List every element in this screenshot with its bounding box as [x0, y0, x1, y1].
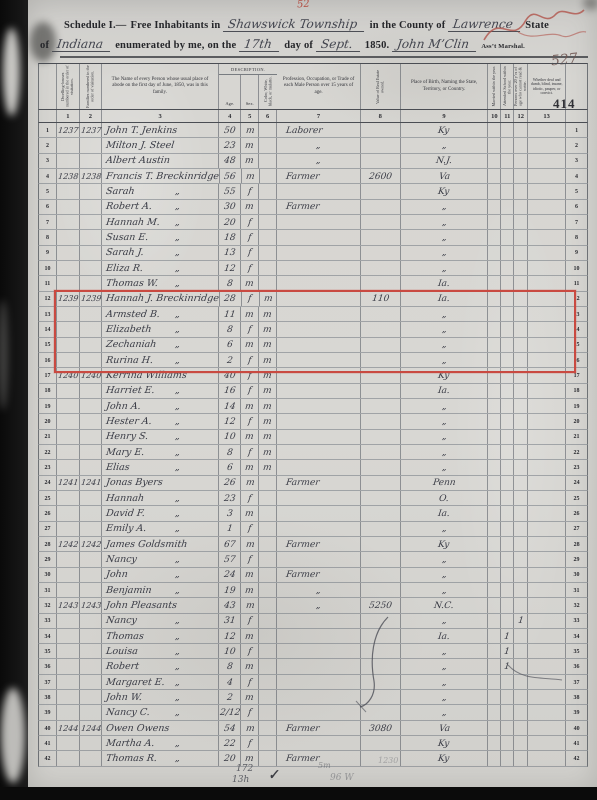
cell-dwelling: 1241 [57, 476, 80, 490]
cell-school-mark [501, 568, 514, 582]
cell-profession [277, 445, 361, 459]
cell-sex: m [241, 200, 259, 214]
cell-illiterate-mark [514, 368, 528, 382]
cell-remarks [528, 751, 566, 765]
cell-birthplace: Ky [401, 368, 489, 382]
cell-family [80, 705, 102, 719]
cell-color: m [259, 368, 277, 382]
line-number-left: 7 [39, 215, 57, 229]
cell-remarks [528, 322, 566, 336]
cell-age: 19 [219, 583, 241, 597]
cell-family [80, 659, 102, 673]
cell-married-mark [488, 644, 501, 658]
cell-married-mark [488, 491, 501, 505]
cell-sex: m [241, 568, 259, 582]
cell-sex: f [241, 184, 259, 198]
cell-name: Thomas R.„ [102, 751, 220, 765]
cell-sex: m [241, 476, 259, 490]
cell-family [80, 644, 102, 658]
cell-school-mark [501, 705, 514, 719]
cell-profession [277, 322, 361, 336]
cell-sex: f [241, 384, 259, 398]
table-row: 35Louisa„10f„135 [38, 644, 588, 659]
cell-name: Hannah J. Breckinridge [102, 292, 220, 306]
cell-name: Sarah„ [102, 184, 220, 198]
cell-birthplace: „ [401, 690, 489, 704]
cell-married-mark [488, 690, 501, 704]
cell-remarks [528, 307, 566, 321]
cell-family [80, 445, 102, 459]
cell-remarks [528, 169, 566, 183]
line-number-left: 25 [39, 491, 57, 505]
cell-sex: f [241, 353, 259, 367]
line-number-left: 41 [39, 736, 57, 750]
col-header-school: Attended School within the year. [501, 64, 514, 109]
table-row: 1212391239Hannah J. Breckinridge28fm110I… [38, 292, 588, 307]
cell-birthplace: „ [401, 230, 489, 244]
line-number-right: 34 [566, 629, 587, 643]
cell-name: Susan E.„ [102, 230, 220, 244]
line-number-right: 12 [566, 292, 587, 306]
line-number-left: 29 [39, 552, 57, 566]
cell-profession [277, 614, 361, 628]
cell-illiterate-mark [514, 690, 528, 704]
cell-sex: m [241, 338, 259, 352]
cell-illiterate-mark [514, 445, 528, 459]
cell-dwelling [57, 491, 80, 505]
col-header-name: The Name of every Person whose usual pla… [102, 64, 220, 109]
cell-family: 1242 [80, 537, 102, 551]
cell-value [361, 736, 401, 750]
table-body: 112371237John T. Jenkins50mLaborerKy12Mi… [38, 123, 588, 767]
line-number-left: 33 [39, 614, 57, 628]
line-number-header-right [566, 64, 587, 109]
col-header-birthplace: Place of Birth, Naming the State, Territ… [401, 64, 489, 109]
cell-remarks [528, 215, 566, 229]
column-number: 10 [488, 110, 501, 122]
table-row: 2412411241Jonas Byers26mFarmerPenn24 [38, 476, 588, 491]
line-number-left: 36 [39, 659, 57, 673]
cell-illiterate-mark [514, 307, 528, 321]
cell-profession [277, 261, 361, 275]
cell-remarks [528, 537, 566, 551]
line-number-right: 24 [566, 476, 587, 490]
cell-family [80, 322, 102, 336]
cell-sex: m [242, 169, 260, 183]
day-of-label: day of [284, 40, 313, 51]
cell-illiterate-mark [514, 705, 528, 719]
cell-sex: f [241, 522, 259, 536]
cell-remarks [528, 261, 566, 275]
cell-dwelling [57, 583, 80, 597]
cell-illiterate-mark [514, 414, 528, 428]
cell-dwelling [57, 460, 80, 474]
line-number-left: 18 [39, 384, 57, 398]
cell-school-mark [501, 751, 514, 765]
col-header-color: Color, White, black, or mulatto. [259, 75, 277, 109]
cell-value [361, 537, 401, 551]
cell-profession [277, 414, 361, 428]
cell-value [361, 215, 401, 229]
cell-value [361, 659, 401, 673]
table-row: 18Harriet E.„16fmIa.18 [38, 384, 588, 399]
cell-dwelling [57, 522, 80, 536]
cell-name: Sarah J.„ [102, 246, 220, 260]
year-label: 1850. [365, 40, 390, 51]
table-row: 34Thomas„12mIa.134 [38, 629, 588, 644]
table-row: 9Sarah J.„13f„9 [38, 246, 588, 261]
line-number-right: 32 [566, 598, 587, 612]
film-edge-bottom [0, 787, 597, 800]
cell-family [80, 460, 102, 474]
cell-married-mark [488, 200, 501, 214]
cell-value [361, 460, 401, 474]
table-row: 412381238Francis T. Breckinridge56mFarme… [38, 169, 588, 184]
cell-profession [277, 399, 361, 413]
cell-value [361, 246, 401, 260]
cell-family [80, 246, 102, 260]
line-number-right: 41 [566, 736, 587, 750]
cell-age: 8 [219, 659, 241, 673]
free-inhabitants-label: Free Inhabitants in [131, 20, 221, 31]
cell-family [80, 353, 102, 367]
table-row: 37Margaret E.„4f„37 [38, 675, 588, 690]
col-header-age: Age. [219, 75, 241, 109]
cell-color [260, 169, 278, 183]
cell-birthplace: „ [401, 338, 489, 352]
cell-illiterate-mark [514, 629, 528, 643]
cell-profession [277, 384, 361, 398]
cell-value [361, 200, 401, 214]
cell-name: Eliza R.„ [102, 261, 220, 275]
cell-color [259, 705, 277, 719]
cell-age: 12 [219, 261, 241, 275]
cell-profession [277, 215, 361, 229]
table-row: 31Benjamin„19m„„31 [38, 583, 588, 598]
cell-family [80, 751, 102, 765]
cell-profession: Farmer [277, 169, 361, 183]
cell-birthplace: „ [401, 659, 489, 673]
cell-family [80, 552, 102, 566]
cell-illiterate-mark [514, 659, 528, 673]
cell-birthplace: „ [401, 261, 489, 275]
cell-profession: Farmer [277, 721, 361, 735]
cell-married-mark [488, 598, 501, 612]
cell-school-mark [501, 552, 514, 566]
table-row: 5Sarah„55fKy5 [38, 184, 588, 199]
cell-remarks [528, 292, 566, 306]
cell-remarks [528, 659, 566, 673]
film-smudge [1, 688, 25, 783]
line-number-right: 4 [566, 169, 587, 183]
table-row: 36Robert„8m„136 [38, 659, 588, 674]
cell-school-mark [501, 215, 514, 229]
cell-remarks [528, 138, 566, 152]
col-header-dwelling: Dwelling-houses numbered in the order of… [57, 64, 80, 109]
cell-school-mark: 1 [501, 659, 514, 673]
cell-married-mark [488, 138, 501, 152]
table-row: 30John„24mFarmer„30 [38, 568, 588, 583]
cell-color [259, 138, 277, 152]
col-header-remarks: Whether deaf and dumb, blind, insane, id… [528, 64, 566, 109]
cell-dwelling [57, 690, 80, 704]
line-number-left: 20 [39, 414, 57, 428]
cell-school-mark [501, 138, 514, 152]
cell-family [80, 384, 102, 398]
pencil-checkmark: ✓ [267, 767, 279, 783]
table-row: 22Mary E.„8fm„22 [38, 445, 588, 460]
column-number: 12 [514, 110, 528, 122]
cell-name: Robert A.„ [102, 200, 220, 214]
cell-family [80, 307, 102, 321]
line-number-left: 30 [39, 568, 57, 582]
cell-age: 40 [219, 368, 241, 382]
cell-age: 20 [219, 215, 241, 229]
cell-age: 55 [219, 184, 241, 198]
line-number-left: 27 [39, 522, 57, 536]
line-number-right: 17 [566, 368, 587, 382]
cell-color: m [259, 307, 277, 321]
cell-sex: f [241, 675, 259, 689]
cell-family [80, 276, 102, 290]
column-number: 13 [528, 110, 566, 122]
cell-remarks [528, 476, 566, 490]
cell-dwelling [57, 414, 80, 428]
line-number-right: 38 [566, 690, 587, 704]
census-table: Dwelling-houses numbered in the order of… [38, 63, 588, 767]
cell-illiterate-mark [514, 276, 528, 290]
col-header-family: Families numbered in the order of visita… [80, 64, 102, 109]
cell-married-mark [488, 537, 501, 551]
cell-birthplace: N.J. [401, 154, 489, 168]
line-number-right: 10 [566, 261, 587, 275]
cell-age: 13 [219, 246, 241, 260]
cell-married-mark [488, 476, 501, 490]
cell-age: 2 [219, 690, 241, 704]
line-number-left: 39 [39, 705, 57, 719]
cell-color: m [259, 460, 277, 474]
line-number-left: 40 [39, 721, 57, 735]
cell-school-mark [501, 169, 514, 183]
cell-family [80, 614, 102, 628]
cell-illiterate-mark [514, 292, 528, 306]
cell-age: 31 [219, 614, 241, 628]
cell-name: Louisa„ [102, 644, 220, 658]
column-number: 6 [259, 110, 277, 122]
cell-illiterate-mark [514, 184, 528, 198]
line-number-right: 23 [566, 460, 587, 474]
cell-school-mark [501, 491, 514, 505]
cell-married-mark [488, 506, 501, 520]
cell-remarks [528, 491, 566, 505]
cell-married-mark [488, 261, 501, 275]
cell-school-mark [501, 368, 514, 382]
cell-value [361, 276, 401, 290]
line-number-right: 13 [566, 307, 587, 321]
line-number-left: 23 [39, 460, 57, 474]
cell-remarks [528, 368, 566, 382]
cell-married-mark [488, 414, 501, 428]
cell-color [259, 246, 277, 260]
line-number-left: 32 [39, 598, 57, 612]
cell-name: James Goldsmith [102, 537, 220, 551]
cell-remarks [528, 246, 566, 260]
column-number: 8 [361, 110, 401, 122]
cell-birthplace: „ [401, 568, 489, 582]
cell-birthplace: Ky [401, 537, 489, 551]
cell-illiterate-mark [514, 568, 528, 582]
cell-remarks [528, 414, 566, 428]
cell-married-mark [488, 552, 501, 566]
cell-birthplace: „ [401, 675, 489, 689]
cell-age: 1 [219, 522, 241, 536]
cell-remarks [528, 123, 566, 137]
cell-illiterate-mark [514, 353, 528, 367]
cell-name: John Pleasants [102, 598, 220, 612]
cell-name: Mary E.„ [102, 445, 220, 459]
cell-value [361, 552, 401, 566]
line-number-left: 10 [39, 261, 57, 275]
cell-school-mark [501, 322, 514, 336]
cell-married-mark [488, 659, 501, 673]
cell-color: m [259, 414, 277, 428]
line-number-left: 38 [39, 690, 57, 704]
cell-remarks [528, 568, 566, 582]
cell-sex: m [241, 138, 259, 152]
cell-school-mark [501, 690, 514, 704]
cell-married-mark [488, 721, 501, 735]
column-number: 7 [277, 110, 361, 122]
cell-value [361, 307, 401, 321]
line-number-right: 25 [566, 491, 587, 505]
cell-married-mark [488, 184, 501, 198]
cell-color: m [260, 292, 278, 306]
cell-remarks [528, 230, 566, 244]
cell-dwelling [57, 384, 80, 398]
cell-age: 43 [219, 598, 241, 612]
cell-remarks [528, 460, 566, 474]
column-number: 1 [57, 110, 80, 122]
cell-remarks [528, 736, 566, 750]
line-number-right: 6 [566, 200, 587, 214]
cell-sex: m [241, 123, 259, 137]
cell-dwelling: 1242 [57, 537, 80, 551]
line-number-left: 24 [39, 476, 57, 490]
cell-family: 1243 [80, 598, 102, 612]
cell-birthplace: „ [401, 215, 489, 229]
cell-name: Albert Austin [102, 154, 220, 168]
cell-illiterate-mark [514, 736, 528, 750]
cell-school-mark [501, 184, 514, 198]
table-row: 13Armsted B.„11mm„13 [38, 307, 588, 322]
cell-remarks [528, 598, 566, 612]
cell-profession [277, 338, 361, 352]
cell-value [361, 384, 401, 398]
column-number: 11 [501, 110, 514, 122]
cell-school-mark [501, 200, 514, 214]
cell-married-mark [488, 675, 501, 689]
cell-dwelling [57, 154, 80, 168]
cell-profession [277, 522, 361, 536]
cell-family [80, 736, 102, 750]
cell-remarks [528, 399, 566, 413]
cell-married-mark [488, 215, 501, 229]
cell-dwelling [57, 430, 80, 444]
cell-color [259, 675, 277, 689]
cell-dwelling [57, 322, 80, 336]
cell-value [361, 414, 401, 428]
cell-age: 67 [219, 537, 241, 551]
cell-illiterate-mark [514, 522, 528, 536]
line-number-left: 35 [39, 644, 57, 658]
table-row: 39Nancy C.„2/12f„39 [38, 705, 588, 720]
cell-family: 1241 [80, 476, 102, 490]
cell-birthplace: „ [401, 307, 489, 321]
cell-family [80, 629, 102, 643]
line-number-right: 39 [566, 705, 587, 719]
cell-dwelling [57, 399, 80, 413]
cell-illiterate-mark [514, 476, 528, 490]
cell-school-mark [501, 476, 514, 490]
cell-color [259, 568, 277, 582]
cell-sex: f [241, 736, 259, 750]
cell-dwelling [57, 751, 80, 765]
cell-school-mark [501, 506, 514, 520]
cell-sex: m [241, 506, 259, 520]
cell-school-mark [501, 598, 514, 612]
cell-profession [277, 276, 361, 290]
cell-dwelling [57, 200, 80, 214]
cell-birthplace: Va [401, 721, 489, 735]
table-header-row: Dwelling-houses numbered in the order of… [38, 63, 588, 110]
cell-family [80, 491, 102, 505]
cell-name: Hannah„ [102, 491, 220, 505]
cell-birthplace: „ [401, 322, 489, 336]
film-edge-left [0, 0, 30, 800]
line-number-left: 14 [39, 322, 57, 336]
cell-married-mark [488, 751, 501, 765]
cell-remarks [528, 629, 566, 643]
cell-color: m [259, 399, 277, 413]
cell-value [361, 491, 401, 505]
pencil-note-tally-top: 172 [236, 764, 253, 774]
cell-family [80, 414, 102, 428]
cell-name: John A.„ [102, 399, 220, 413]
cell-married-mark [488, 246, 501, 260]
cell-value [361, 644, 401, 658]
table-row: 16Rurina H.„2fm„16 [38, 353, 588, 368]
cell-dwelling: 1239 [57, 292, 80, 306]
cell-age: 23 [219, 491, 241, 505]
column-number: 3 [102, 110, 220, 122]
cell-name: Nancy„ [102, 614, 220, 628]
cell-color: m [259, 353, 277, 367]
cell-family [80, 200, 102, 214]
cell-color [259, 629, 277, 643]
cell-remarks [528, 583, 566, 597]
cell-illiterate-mark [514, 384, 528, 398]
cell-family [80, 138, 102, 152]
cell-birthplace: „ [401, 445, 489, 459]
cell-school-mark [501, 614, 514, 628]
cell-dwelling [57, 736, 80, 750]
cell-color [259, 476, 277, 490]
line-number-right: 36 [566, 659, 587, 673]
cell-value [361, 123, 401, 137]
cell-illiterate-mark [514, 123, 528, 137]
cell-name: Owen Owens [102, 721, 220, 735]
line-number-left: 11 [39, 276, 57, 290]
